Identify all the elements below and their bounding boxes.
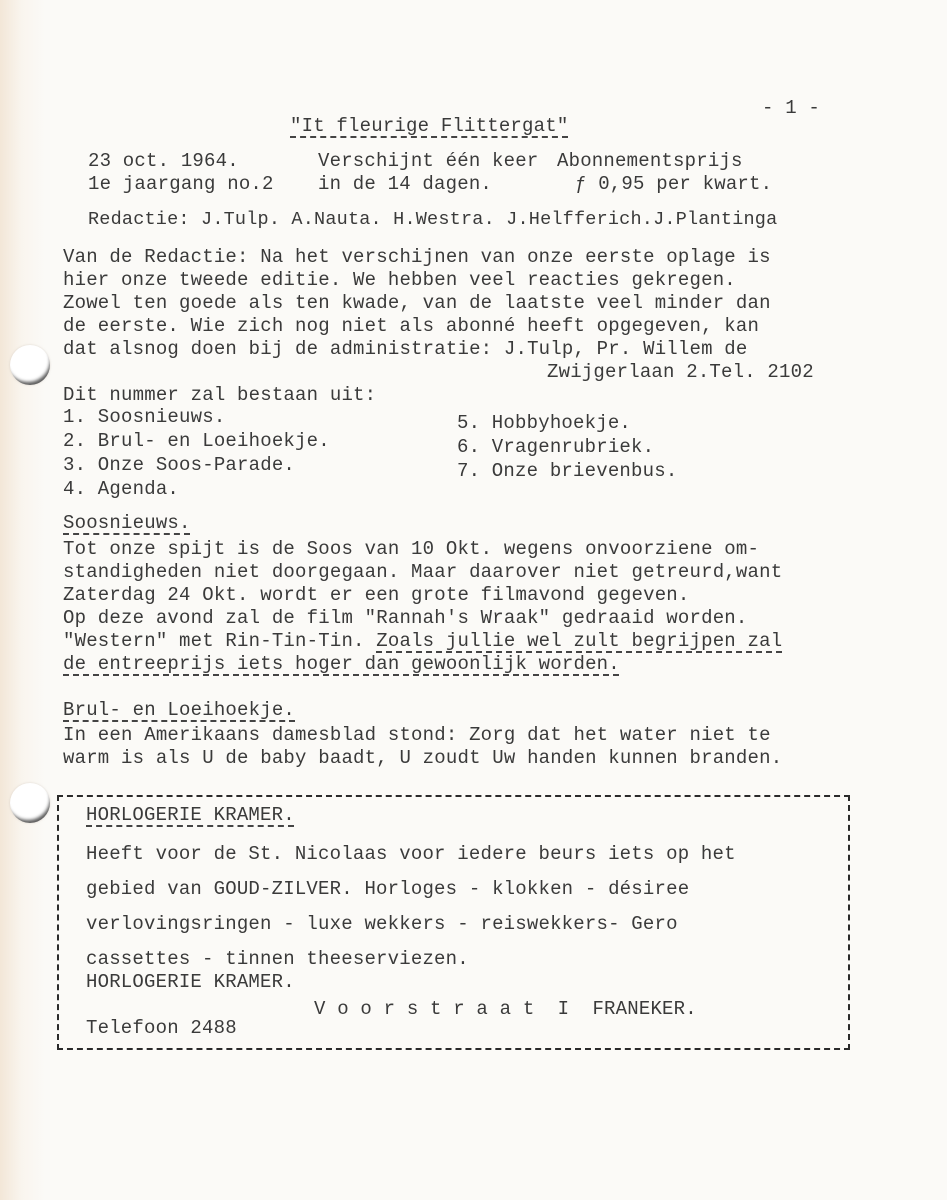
ad-address: V o o r s t r a a t I FRANEKER. xyxy=(314,998,697,1021)
contents-list-left: 1. Soosnieuws. 2. Brul- en Loeihoekje. 3… xyxy=(63,406,330,502)
contents-item: 7. Onze brievenbus. xyxy=(457,460,677,484)
brul-line: warm is als U de baby baadt, U zoudt Uw … xyxy=(63,747,782,770)
soosnieuws-line-underlined: de entreeprijs iets hoger dan gewoonlijk… xyxy=(63,653,620,676)
ad-line: cassettes - tinnen theeserviezen. xyxy=(86,948,469,971)
editorial-line: Van de Redactie: Na het verschijnen van … xyxy=(63,246,771,269)
page-number: - 1 - xyxy=(762,97,820,120)
ad-line: verlovingsringen - luxe wekkers - reiswe… xyxy=(86,913,678,936)
contents-item: 5. Hobbyhoekje. xyxy=(457,412,677,436)
ad-line: Heeft voor de St. Nicolaas voor iedere b… xyxy=(86,843,736,866)
soosnieuws-line: "Western" met Rin-Tin-Tin. Zoals jullie … xyxy=(63,630,782,653)
soosnieuws-line: Tot onze spijt is de Soos van 10 Okt. we… xyxy=(63,538,759,561)
contents-list-right: 5. Hobbyhoekje. 6. Vragenrubriek. 7. Onz… xyxy=(457,412,677,484)
ad-phone: Telefoon 2488 xyxy=(86,1017,237,1040)
soosnieuws-line: Op deze avond zal de film "Rannah's Wraa… xyxy=(63,607,748,630)
document-page: - 1 - "It fleurige Flittergat" 23 oct. 1… xyxy=(0,0,947,1200)
contents-item: 3. Onze Soos-Parade. xyxy=(63,454,330,478)
issue-volume: 1e jaargang no.2 xyxy=(88,173,274,196)
soosnieuws-line: standigheden niet doorgegaan. Maar daaro… xyxy=(63,561,782,584)
editorial-line: hier onze tweede editie. We hebben veel … xyxy=(63,269,736,292)
punch-hole-top xyxy=(10,345,50,385)
section-heading-soosnieuws: Soosnieuws. xyxy=(63,512,191,535)
contents-item: 1. Soosnieuws. xyxy=(63,406,330,430)
frequency-line-2: in de 14 dagen. xyxy=(318,173,492,196)
frequency-line-1: Verschijnt één keer xyxy=(318,150,538,173)
editorial-line: Zwijgerlaan 2.Tel. 2102 xyxy=(547,361,814,384)
section-heading-brul: Brul- en Loeihoekje. xyxy=(63,699,295,722)
editors-line: Redactie: J.Tulp. A.Nauta. H.Westra. J.H… xyxy=(88,208,777,231)
newsletter-title: "It fleurige Flittergat" xyxy=(290,115,568,138)
ad-shop-name: HORLOGERIE KRAMER. xyxy=(86,971,295,994)
soosnieuws-line-plain: "Western" met Rin-Tin-Tin. xyxy=(63,630,376,652)
editorial-line: dat alsnog doen bij de administratie: J.… xyxy=(63,338,748,361)
contents-item: 2. Brul- en Loeihoekje. xyxy=(63,430,330,454)
price-line-1: Abonnementsprijs xyxy=(557,150,743,173)
contents-item: 4. Agenda. xyxy=(63,478,330,502)
brul-line: In een Amerikaans damesblad stond: Zorg … xyxy=(63,724,771,747)
contents-item: 6. Vragenrubriek. xyxy=(457,436,677,460)
issue-date: 23 oct. 1964. xyxy=(88,150,239,173)
ad-line: gebied van GOUD-ZILVER. Horloges - klokk… xyxy=(86,878,689,901)
editorial-line: de eerste. Wie zich nog niet als abonné … xyxy=(63,315,759,338)
punch-hole-bottom xyxy=(10,783,50,823)
soosnieuws-line: Zaterdag 24 Okt. wordt er een grote film… xyxy=(63,584,690,607)
price-line-2: ƒ 0,95 per kwart. xyxy=(575,173,772,196)
editorial-line: Zowel ten goede als ten kwade, van de la… xyxy=(63,292,771,315)
ad-heading: HORLOGERIE KRAMER. xyxy=(86,804,295,827)
contents-intro: Dit nummer zal bestaan uit: xyxy=(63,384,376,407)
soosnieuws-line-underlined: Zoals jullie wel zult begrijpen zal xyxy=(376,630,782,652)
